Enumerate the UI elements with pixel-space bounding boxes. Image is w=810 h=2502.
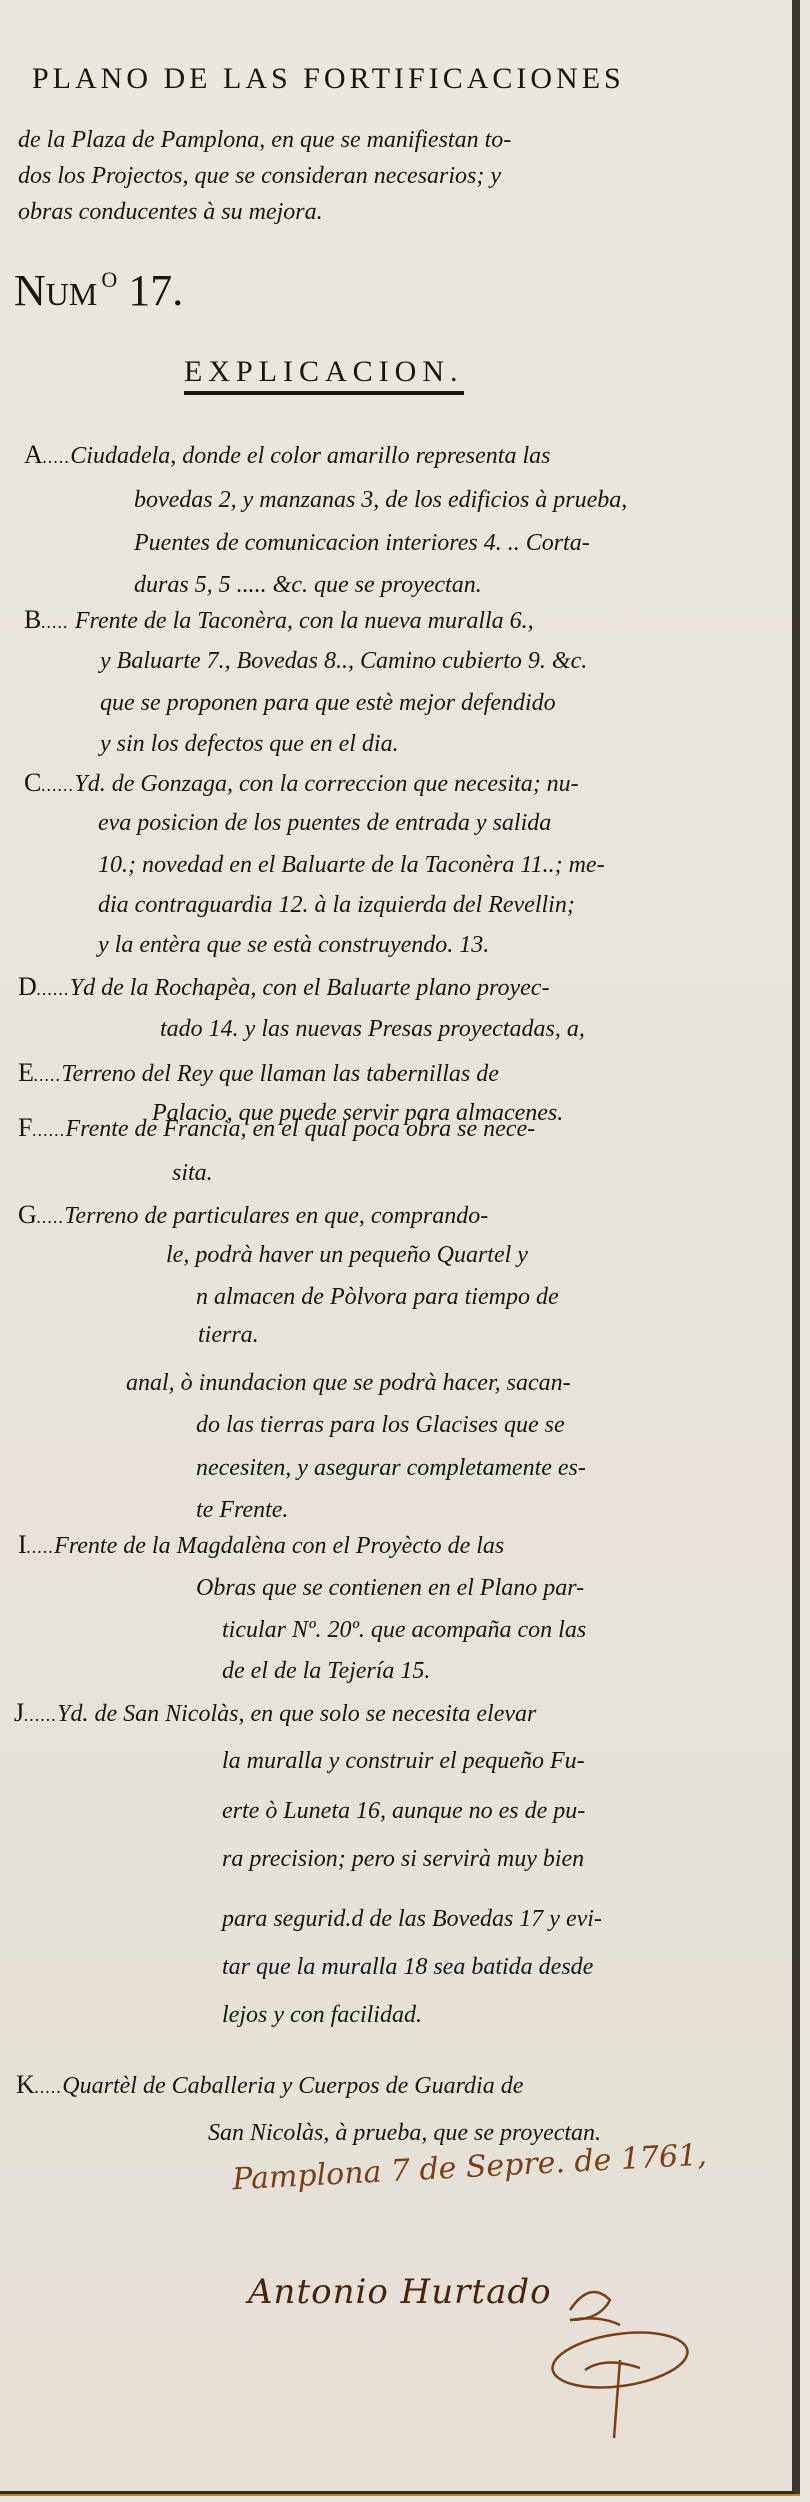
entry-line: bovedas 2, y manzanas 3, de los edificio… <box>134 487 627 514</box>
entry-key: C <box>24 768 41 797</box>
entry-line: Puentes de comunicacion interiores 4. ..… <box>134 530 590 557</box>
entry-line: y sin los defectos que en el dia. <box>100 731 399 758</box>
entry-line: Yd. de Gonzaga, con la correccion que ne… <box>74 771 578 797</box>
entry-key: I <box>18 1530 27 1559</box>
entry-line: San Nicolàs, à prueba, que se proyectan. <box>208 2120 601 2147</box>
subtitle-line: de la Plaza de Pamplona, en que se manif… <box>18 122 778 158</box>
entry-line: erte ò Luneta 16, aunque no es de pu- <box>222 1798 585 1825</box>
leader-dots: ..... <box>34 1065 62 1085</box>
entry-line: Terreno del Rey que llaman las tabernill… <box>61 1061 499 1087</box>
entry-key: B <box>24 605 41 634</box>
entry-line: Obras que se contienen en el Plano par- <box>196 1575 584 1602</box>
document-title: PLANO DE LAS FORTIFICACIONES <box>32 62 625 96</box>
entry-line: Yd. de San Nicolàs, en que solo se neces… <box>57 1701 536 1727</box>
number-value: 17. <box>128 266 183 315</box>
entry-key: K <box>16 2070 35 2099</box>
entry-line: le, podrà haver un pequeño Quartel y <box>166 1242 528 1269</box>
entry-line: que se proponen para que estè mejor defe… <box>100 690 556 717</box>
entry-line: para segurid.d de las Bovedas 17 y evi- <box>222 1906 602 1933</box>
entry-key: F <box>18 1113 32 1142</box>
leader-dots: ..... <box>37 1207 65 1227</box>
entry-line: Frente de la Taconèra, con la nueva mura… <box>75 608 534 634</box>
entry-line: tar que la muralla 18 sea batida desde <box>222 1954 593 1981</box>
entry-key: D <box>18 972 37 1001</box>
entry-line: duras 5, 5 ..... &c. que se proyectan. <box>134 572 482 599</box>
number-prefix: N <box>14 266 46 315</box>
leader-dots: ..... <box>27 1537 55 1557</box>
leader-dots: ..... <box>43 447 71 467</box>
entry-key: E <box>18 1058 34 1087</box>
entry-line: ticular Nº. 20º. que acompaña con las <box>222 1617 586 1644</box>
entry-line: lejos y con facilidad. <box>222 2002 422 2029</box>
entry-key: G <box>18 1200 37 1229</box>
leader-dots: ...... <box>41 775 74 795</box>
leader-dots: ..... <box>35 2077 63 2097</box>
entry-line: te Frente. <box>196 1497 288 1524</box>
entry-line: dia contraguardia 12. à la izquierda del… <box>98 892 575 919</box>
entry-line: sita. <box>172 1160 213 1187</box>
entry-line: Yd de la Rochapèa, con el Baluarte plano… <box>70 975 550 1001</box>
entry-line: de el de la Tejería 15. <box>222 1658 430 1685</box>
entry-line: ra precision; pero si servirà muy bien <box>222 1846 584 1873</box>
entry-line: n almacen de Pòlvora para tiempo de <box>196 1284 559 1311</box>
entry-line: Ciudadela, donde el color amarillo repre… <box>70 443 550 469</box>
leader-dots: ...... <box>24 1705 57 1725</box>
subtitle-line: obras conducentes à su mejora. <box>18 194 778 230</box>
manuscript-page: PLANO DE LAS FORTIFICACIONES de la Plaza… <box>0 0 800 2496</box>
subtitle-line: dos los Projectos, que se consideran nec… <box>18 158 778 194</box>
entry-line: tierra. <box>198 1322 259 1349</box>
number-sup: O <box>101 267 117 292</box>
entry-key: J <box>14 1698 24 1727</box>
entry-line: eva posicion de los puentes de entrada y… <box>98 810 551 837</box>
entry-key: A <box>24 440 43 469</box>
number-small: UM <box>46 276 98 312</box>
entry-line: necesiten, y asegurar completamente es- <box>196 1455 586 1482</box>
entry-line: la muralla y construir el pequeño Fu- <box>222 1748 585 1775</box>
section-heading: EXPLICACION. <box>184 355 464 395</box>
plan-number: NUMO 17. <box>14 265 183 316</box>
leader-dots: ...... <box>32 1120 65 1140</box>
entry-line: 10.; novedad en el Baluarte de la Taconè… <box>98 852 605 879</box>
entry-line: Terreno de particulares en que, comprand… <box>64 1203 488 1229</box>
leader-dots: ...... <box>37 979 70 999</box>
entry-line: tado 14. y las nuevas Presas proyectadas… <box>160 1016 585 1043</box>
entry-line: y la entèra que se està construyendo. 13… <box>98 932 489 959</box>
entry-line: Frente de la Magdalèna con el Proyècto d… <box>54 1533 504 1559</box>
entry-line: Frente de Francia, en el qual poca obra … <box>65 1116 535 1142</box>
entry-line: anal, ò inundacion que se podrà hacer, s… <box>126 1370 571 1397</box>
entry-line: do las tierras para los Glacises que se <box>196 1412 565 1439</box>
entry-line: y Baluarte 7., Bovedas 8.., Camino cubie… <box>100 648 587 675</box>
signature-rubric-icon <box>320 2220 740 2440</box>
entry-line: Quartèl de Caballeria y Cuerpos de Guard… <box>62 2073 523 2099</box>
leader-dots: ..... <box>41 612 69 632</box>
